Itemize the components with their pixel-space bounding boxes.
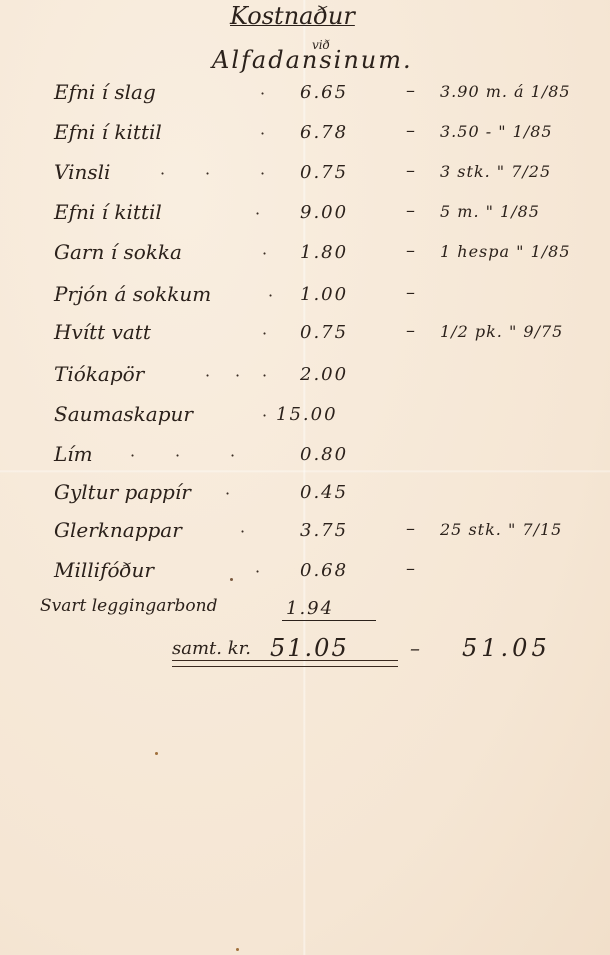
expense-note: 25 stk. " 7/15 [440,520,562,539]
expense-label: Lím [54,442,93,466]
expense-dash: – [406,200,415,221]
document-subtitle: Alfadansinum. [212,46,413,74]
expense-amount: 6.78 [300,122,348,143]
expense-row: Garn í sokka1.80–1 hespa " 1/85· [0,240,610,274]
expense-amount: 0.80 [300,444,348,465]
paper-speck [155,752,158,755]
expense-dash: – [406,282,415,303]
leader-dot: · [260,84,279,103]
leader-dot: · [262,366,281,385]
expense-label: Vinsli [54,160,110,184]
leader-dot: · [205,366,224,385]
expense-label: Saumaskapur [54,402,193,426]
expense-label: Efni í slag [54,80,156,104]
expense-dash: – [406,80,415,101]
expense-row: Glerknappar3.75–25 stk. " 7/15· [0,518,610,552]
expense-row: Tiókapör2.00··· [0,362,610,396]
leader-dot: · [262,244,281,263]
total-amount: 51.05 [270,634,349,662]
expense-label: Garn í sokka [54,240,182,264]
expense-amount: 1.80 [300,242,348,263]
expense-row: Efni í slag6.65–3.90 m. á 1/85· [0,80,610,114]
expense-row: Vinsli0.75–3 stk. " 7/25··· [0,160,610,194]
expense-label: Efni í kittil [54,200,162,224]
expense-note: 3.50 - " 1/85 [440,122,553,141]
expense-label: Gyltur pappír [54,480,191,504]
leader-dot: · [175,446,194,465]
expense-label: Prjón á sokkum [54,282,211,306]
expense-label: Hvítt vatt [54,320,151,344]
expense-amount: 1.94 [286,598,334,619]
expense-label: Glerknappar [54,518,182,542]
expense-amount: 0.75 [300,162,348,183]
document-title: Kostnaður [230,2,355,30]
leader-dot: · [260,164,279,183]
paper-speck [236,948,239,951]
expense-row: Gyltur pappír0.45· [0,480,610,514]
total-dash: – [410,636,420,660]
expense-amount: 1.00 [300,284,348,305]
subtotal-underline [282,620,376,621]
expense-dash: – [406,160,415,181]
expense-amount: 0.45 [300,482,348,503]
leader-dot: · [130,446,149,465]
expense-dash: – [406,320,415,341]
leader-dot: · [268,286,287,305]
expense-row: Lím0.80··· [0,442,610,476]
leader-dot: · [262,324,281,343]
leader-dot: · [240,522,259,541]
leader-dot: · [262,406,281,425]
total-double-underline [172,660,398,667]
expense-row: Millifóður0.68–· [0,558,610,592]
expense-label: Svart leggingarbond [40,596,218,616]
expense-note: 3 stk. " 7/25 [440,162,551,181]
expense-amount: 0.68 [300,560,348,581]
total-label: samt. kr. [172,638,251,659]
expense-row: Saumaskapur15.00· [0,402,610,436]
leader-dot: · [205,164,224,183]
leader-dot: · [230,446,249,465]
expense-dash: – [406,558,415,579]
expense-label: Millifóður [54,558,154,582]
expense-dash: – [406,240,415,261]
leader-dot: · [260,124,279,143]
expense-amount: 15.00 [276,404,338,425]
expense-label: Efni í kittil [54,120,162,144]
expense-note: 3.90 m. á 1/85 [440,82,571,101]
expense-amount: 3.75 [300,520,348,541]
expense-note: 5 m. " 1/85 [440,202,540,221]
total-row: samt. kr. 51.05 – 51.05 [0,636,610,676]
leader-dot: · [235,366,254,385]
expense-dash: – [406,518,415,539]
expense-label: Tiókapör [54,362,144,386]
expense-amount: 2.00 [300,364,348,385]
expense-row: Hvítt vatt0.75–1/2 pk. " 9/75· [0,320,610,354]
paper-speck [230,578,233,581]
expense-amount: 9.00 [300,202,348,223]
expense-amount: 0.75 [300,322,348,343]
leader-dot: · [255,204,274,223]
expense-row: Prjón á sokkum1.00–· [0,282,610,316]
expense-row: Efni í kittil6.78–3.50 - " 1/85· [0,120,610,154]
expense-row: Svart leggingarbond1.94 [0,596,610,630]
total-amount-repeat: 51.05 [462,634,551,662]
expense-note: 1 hespa " 1/85 [440,242,571,261]
leader-dot: · [160,164,179,183]
expense-dash: – [406,120,415,141]
expense-row: Efni í kittil9.00–5 m. " 1/85· [0,200,610,234]
leader-dot: · [225,484,244,503]
expense-amount: 6.65 [300,82,348,103]
leader-dot: · [255,562,274,581]
expense-note: 1/2 pk. " 9/75 [440,322,563,341]
